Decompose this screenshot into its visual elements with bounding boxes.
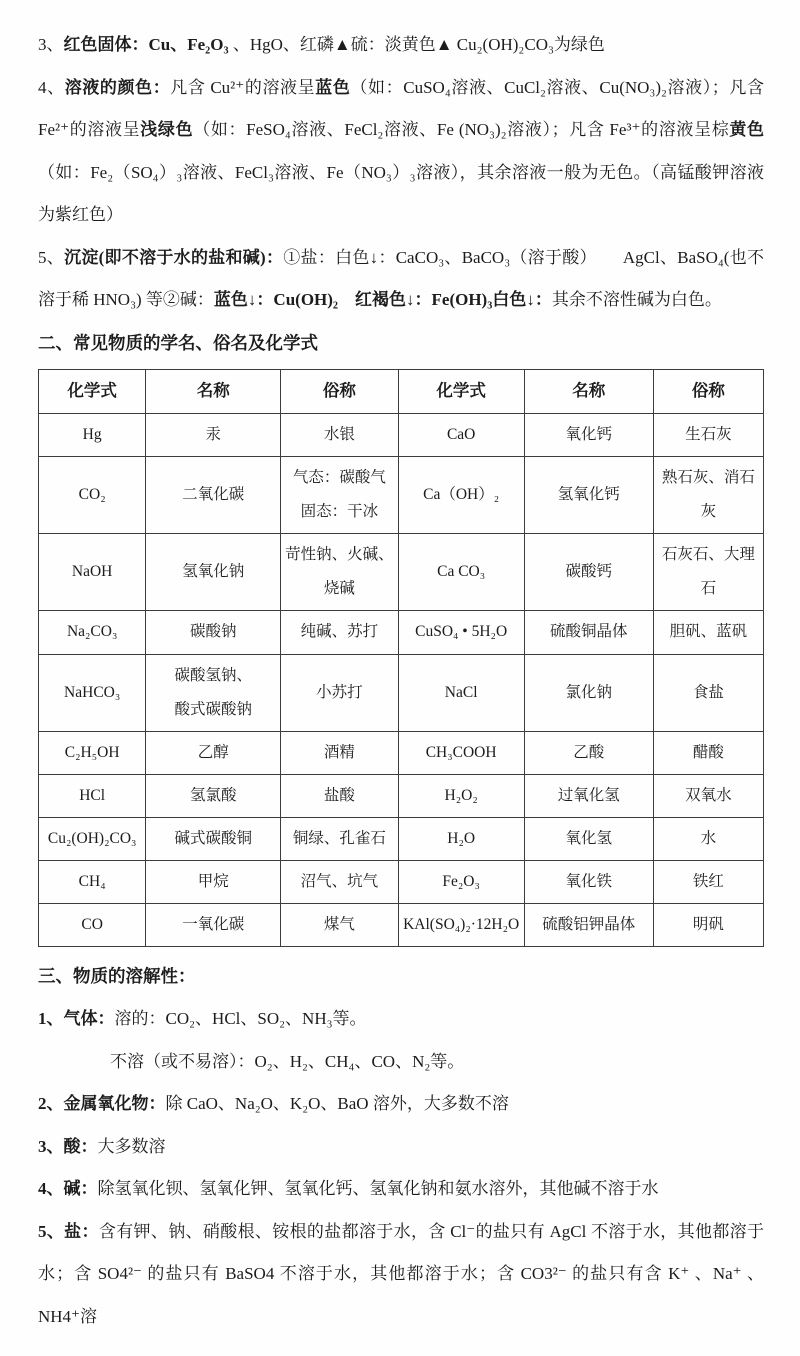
table-cell-line: CO₂	[42, 478, 142, 512]
table-cell-line: 气态：碳酸气	[284, 461, 394, 495]
table-cell: 煤气	[281, 904, 398, 947]
paragraph-bases: 4、碱：除氢氧化钡、氢氧化钾、氢氧化钙、氢氧化钠和氨水溶外，其他碱不溶于水	[38, 1168, 764, 1211]
table-cell: 食盐	[653, 654, 763, 731]
table-cell: CO₂	[39, 457, 146, 534]
text-run: 大多数溶	[98, 1137, 166, 1156]
table-row: CH₄甲烷沼气、坑气Fe₂O₃氧化铁铁红	[39, 861, 764, 904]
table-row: NaHCO₃碳酸氢钠、酸式碳酸钠小苏打NaCl氯化钠食盐	[39, 654, 764, 731]
text-run: 溶的：CO₂、HCl、SO₂、NH₃等。	[115, 1009, 367, 1028]
table-cell: 水银	[281, 414, 398, 457]
table-cell-line: 乙醇	[149, 736, 277, 770]
table-cell: 气态：碳酸气固态：干冰	[281, 457, 398, 534]
paragraph-salts: 5、盐：含有钾、钠、硝酸根、铵根的盐都溶于水，含 Cl⁻的盐只有 AgCl 不溶…	[38, 1211, 764, 1339]
table-cell-line: 二氧化碳	[149, 478, 277, 512]
section-heading-common-substances: 二、常见物质的学名、俗名及化学式	[38, 322, 764, 365]
table-cell-line: NaHCO₃	[42, 676, 142, 710]
table-cell-line: 食盐	[657, 676, 760, 710]
table-cell: 氧化铁	[524, 861, 653, 904]
table-cell-line: 过氧化氢	[528, 779, 650, 813]
table-cell: 氯化钠	[524, 654, 653, 731]
table-cell: 铜绿、孔雀石	[281, 817, 398, 860]
table-cell-line: 苛性钠、火碱、烧碱	[284, 538, 394, 606]
table-cell-line: CuSO₄ • 5H₂O	[402, 615, 521, 649]
text-run: 不溶（或不易溶）：O₂、H₂、CH₄、CO、N₂等。	[110, 1052, 464, 1071]
paragraph-red-solids: 3、红色固体：Cu、Fe₂O₃ 、HgO、红磷▲硫：淡黄色▲ Cu₂(OH)₂C…	[38, 24, 764, 67]
table-cell-line: 固态：干冰	[284, 495, 394, 529]
text-run: （如：FeSO₄溶液、FeCl₂溶液、Fe (NO₃)₂溶液）；凡含 Fe³⁺的…	[193, 120, 729, 139]
document-page: 3、红色固体：Cu、Fe₂O₃ 、HgO、红磷▲硫：淡黄色▲ Cu₂(OH)₂C…	[0, 0, 800, 1356]
table-cell-line: 碳酸钙	[528, 555, 650, 589]
table-cell: 甲烷	[146, 861, 281, 904]
table-cell: 生石灰	[653, 414, 763, 457]
table-cell-line: Fe₂O₃	[402, 865, 521, 899]
table-cell-line: 沼气、坑气	[284, 865, 394, 899]
bold-text-run: 沉淀(即不溶于水的盐和碱)：	[64, 248, 283, 267]
table-cell-line: 煤气	[284, 908, 394, 942]
table-cell-line: 醋酸	[657, 736, 760, 770]
table-cell: Na₂CO₃	[39, 611, 146, 654]
table-cell: Hg	[39, 414, 146, 457]
table-row: Cu₂(OH)₂CO₃碱式碳酸铜铜绿、孔雀石H₂O氧化氢水	[39, 817, 764, 860]
table-cell: 乙酸	[524, 731, 653, 774]
bold-text-run: 3、酸：	[38, 1137, 98, 1156]
table-cell: 胆矾、蓝矾	[653, 611, 763, 654]
table-cell: 氢氯酸	[146, 774, 281, 817]
table-cell: 苛性钠、火碱、烧碱	[281, 534, 398, 611]
table-cell-line: 碱式碳酸铜	[149, 822, 277, 856]
table-cell: 二氧化碳	[146, 457, 281, 534]
table-cell: 石灰石、大理石	[653, 534, 763, 611]
bold-text-run: 5、盐：	[38, 1222, 99, 1241]
table-cell: H₂O	[398, 817, 524, 860]
table-cell: 碳酸钙	[524, 534, 653, 611]
table-cell-line: 氧化氢	[528, 822, 650, 856]
table-cell: C₂H₅OH	[39, 731, 146, 774]
table-cell-line: 水	[657, 822, 760, 856]
paragraph-precipitates: 5、沉淀(即不溶于水的盐和碱)：①盐：白色↓：CaCO₃、BaCO₃（溶于酸） …	[38, 237, 764, 322]
table-cell-line: 甲烷	[149, 865, 277, 899]
table-cell-line: 双氧水	[657, 779, 760, 813]
table-cell: 氧化氢	[524, 817, 653, 860]
table-cell: 熟石灰、消石灰	[653, 457, 763, 534]
table-cell-line: 酒精	[284, 736, 394, 770]
table-header-cell: 化学式	[398, 370, 524, 414]
table-cell: 乙醇	[146, 731, 281, 774]
text-run: 除 CaO、Na₂O、K₂O、BaO 溶外，大多数不溶	[166, 1094, 509, 1113]
table-cell-line: 乙酸	[528, 736, 650, 770]
table-cell: Cu₂(OH)₂CO₃	[39, 817, 146, 860]
table-cell: 纯碱、苏打	[281, 611, 398, 654]
section-heading-solubility: 三、物质的溶解性：	[38, 955, 764, 998]
table-cell: CH₃COOH	[398, 731, 524, 774]
table-cell: NaCl	[398, 654, 524, 731]
table-cell-line: 氢氯酸	[149, 779, 277, 813]
table-cell-line: HCl	[42, 779, 142, 813]
text-run: 含有钾、钠、硝酸根、铵根的盐都溶于水，含 Cl⁻的盐只有 AgCl 不溶于水，其…	[38, 1222, 764, 1326]
table-cell-line: 汞	[149, 418, 277, 452]
table-cell: 硫酸铝钾晶体	[524, 904, 653, 947]
table-cell-line: 胆矾、蓝矾	[657, 615, 760, 649]
table-row: HCl氢氯酸盐酸H₂O₂过氧化氢双氧水	[39, 774, 764, 817]
table-cell-line: 熟石灰、消石灰	[657, 461, 760, 529]
table-cell-line: 明矾	[657, 908, 760, 942]
bold-text-run: 黄色	[729, 120, 764, 139]
table-cell-line: 碳酸氢钠、	[149, 659, 277, 693]
bold-text-run: 4、碱：	[38, 1179, 98, 1198]
table-cell: Ca CO₃	[398, 534, 524, 611]
table-header-cell: 俗称	[281, 370, 398, 414]
table-cell: H₂O₂	[398, 774, 524, 817]
table-row: CO₂二氧化碳气态：碳酸气固态：干冰Ca（OH）₂氢氧化钙熟石灰、消石灰	[39, 457, 764, 534]
table-cell: 明矾	[653, 904, 763, 947]
table-cell-line: Ca CO₃	[402, 555, 521, 589]
table-cell-line: 氢氧化钠	[149, 555, 277, 589]
table-cell: 一氧化碳	[146, 904, 281, 947]
table-header-cell: 化学式	[39, 370, 146, 414]
table-cell-line: 水银	[284, 418, 394, 452]
table-cell: NaHCO₃	[39, 654, 146, 731]
bold-text-run: 蓝色	[315, 78, 350, 97]
table-cell: 碳酸氢钠、酸式碳酸钠	[146, 654, 281, 731]
table-cell-line: H₂O	[402, 822, 521, 856]
bold-text-run: 2、金属氧化物：	[38, 1094, 166, 1113]
table-cell: CuSO₄ • 5H₂O	[398, 611, 524, 654]
bold-text-run: 溶液的颜色：	[65, 78, 171, 97]
table-cell-line: 生石灰	[657, 418, 760, 452]
table-cell-line: 氧化钙	[528, 418, 650, 452]
text-run: 3、	[38, 35, 64, 54]
bold-text-run: 浅绿色	[140, 120, 193, 139]
table-cell: 氧化钙	[524, 414, 653, 457]
bold-text-run: 蓝色↓：Cu(OH)₂ 红褐色↓：Fe(OH)₃白色↓：	[214, 290, 552, 309]
table-row: CO一氧化碳煤气KAl(SO₄)₂·12H₂O硫酸铝钾晶体明矾	[39, 904, 764, 947]
paragraph-metal-oxides: 2、金属氧化物：除 CaO、Na₂O、K₂O、BaO 溶外，大多数不溶	[38, 1083, 764, 1126]
table-header-row: 化学式名称俗称化学式名称俗称	[39, 370, 764, 414]
table-cell: CO	[39, 904, 146, 947]
table-cell: 醋酸	[653, 731, 763, 774]
bold-text-run: 二、常见物质的学名、俗名及化学式	[38, 333, 318, 353]
table-cell-line: H₂O₂	[402, 779, 521, 813]
text-run: 除氢氧化钡、氢氧化钾、氢氧化钙、氢氧化钠和氨水溶外，其他碱不溶于水	[98, 1179, 659, 1198]
table-row: NaOH氢氧化钠苛性钠、火碱、烧碱Ca CO₃碳酸钙石灰石、大理石	[39, 534, 764, 611]
table-cell: 盐酸	[281, 774, 398, 817]
table-cell: HCl	[39, 774, 146, 817]
text-run: 4、	[38, 78, 65, 97]
table-row: Na₂CO₃碳酸钠纯碱、苏打CuSO₄ • 5H₂O硫酸铜晶体胆矾、蓝矾	[39, 611, 764, 654]
table-cell-line: 铁红	[657, 865, 760, 899]
table-header-cell: 名称	[524, 370, 653, 414]
paragraph-acids: 3、酸：大多数溶	[38, 1126, 764, 1169]
table-cell-line: 碳酸钠	[149, 615, 277, 649]
table-cell-line: 纯碱、苏打	[284, 615, 394, 649]
table-cell-line: Na₂CO₃	[42, 615, 142, 649]
table-cell: CH₄	[39, 861, 146, 904]
table-cell-line: NaCl	[402, 676, 521, 710]
table-cell: 过氧化氢	[524, 774, 653, 817]
table-cell-line: Hg	[42, 418, 142, 452]
text-run: （如：Fe₂（SO₄）₃溶液、FeCl₃溶液、Fe（NO₃）₃溶液），其余溶液一…	[38, 163, 764, 225]
table-cell: Ca（OH）₂	[398, 457, 524, 534]
paragraph-gases-soluble: 1、气体：溶的：CO₂、HCl、SO₂、NH₃等。	[38, 998, 764, 1041]
table-cell-line: 氢氧化钙	[528, 478, 650, 512]
bold-text-run: 1、气体：	[38, 1009, 115, 1028]
table-cell-line: CH₃COOH	[402, 736, 521, 770]
paragraph-solution-colors: 4、溶液的颜色：凡含 Cu²⁺的溶液呈蓝色（如：CuSO₄溶液、CuCl₂溶液、…	[38, 67, 764, 237]
table-cell: 铁红	[653, 861, 763, 904]
table-cell-line: Ca（OH）₂	[402, 478, 521, 512]
table-cell: 汞	[146, 414, 281, 457]
table-cell-line: C₂H₅OH	[42, 736, 142, 770]
table-cell-line: CaO	[402, 418, 521, 452]
table-cell: 双氧水	[653, 774, 763, 817]
table-cell-line: 氧化铁	[528, 865, 650, 899]
table-cell: 氢氧化钙	[524, 457, 653, 534]
table-cell: 碱式碳酸铜	[146, 817, 281, 860]
table-cell: 酒精	[281, 731, 398, 774]
table-cell: 沼气、坑气	[281, 861, 398, 904]
table-cell: KAl(SO₄)₂·12H₂O	[398, 904, 524, 947]
table-cell-line: 氯化钠	[528, 676, 650, 710]
table-cell: 氢氧化钠	[146, 534, 281, 611]
table-cell-line: Cu₂(OH)₂CO₃	[42, 822, 142, 856]
table-cell: 小苏打	[281, 654, 398, 731]
table-cell-line: KAl(SO₄)₂·12H₂O	[402, 908, 521, 942]
table-cell-line: 硫酸铝钾晶体	[528, 908, 650, 942]
chemical-names-table: 化学式名称俗称化学式名称俗称Hg汞水银CaO氧化钙生石灰CO₂二氧化碳气态：碳酸…	[38, 369, 764, 947]
table-cell-line: 铜绿、孔雀石	[284, 822, 394, 856]
table-cell: CaO	[398, 414, 524, 457]
bold-text-run: 三、物质的溶解性：	[38, 966, 196, 986]
paragraph-gases-insoluble: 不溶（或不易溶）：O₂、H₂、CH₄、CO、N₂等。	[38, 1041, 764, 1084]
text-run: 其余不溶性碱为白色。	[552, 290, 722, 309]
table-cell: 水	[653, 817, 763, 860]
table-cell-line: NaOH	[42, 555, 142, 589]
table-cell-line: 酸式碳酸钠	[149, 693, 277, 727]
table-row: C₂H₅OH乙醇酒精CH₃COOH乙酸醋酸	[39, 731, 764, 774]
table-cell: 碳酸钠	[146, 611, 281, 654]
text-run: 凡含 Cu²⁺的溶液呈	[170, 78, 315, 97]
table-cell-line: 硫酸铜晶体	[528, 615, 650, 649]
table-cell-line: 小苏打	[284, 676, 394, 710]
table-header-cell: 俗称	[653, 370, 763, 414]
table-cell: 硫酸铜晶体	[524, 611, 653, 654]
table-cell-line: 石灰石、大理石	[657, 538, 760, 606]
text-run: 5、	[38, 248, 64, 267]
table-header-cell: 名称	[146, 370, 281, 414]
table-cell-line: CO	[42, 908, 142, 942]
table-cell-line: 盐酸	[284, 779, 394, 813]
text-run: 、HgO、红磷▲硫：淡黄色▲ Cu₂(OH)₂CO₃为绿色	[233, 35, 605, 54]
table-cell-line: CH₄	[42, 865, 142, 899]
bold-text-run: 红色固体：Cu、Fe₂O₃	[64, 35, 233, 54]
table-cell: Fe₂O₃	[398, 861, 524, 904]
table-row: Hg汞水银CaO氧化钙生石灰	[39, 414, 764, 457]
table-cell-line: 一氧化碳	[149, 908, 277, 942]
table-cell: NaOH	[39, 534, 146, 611]
